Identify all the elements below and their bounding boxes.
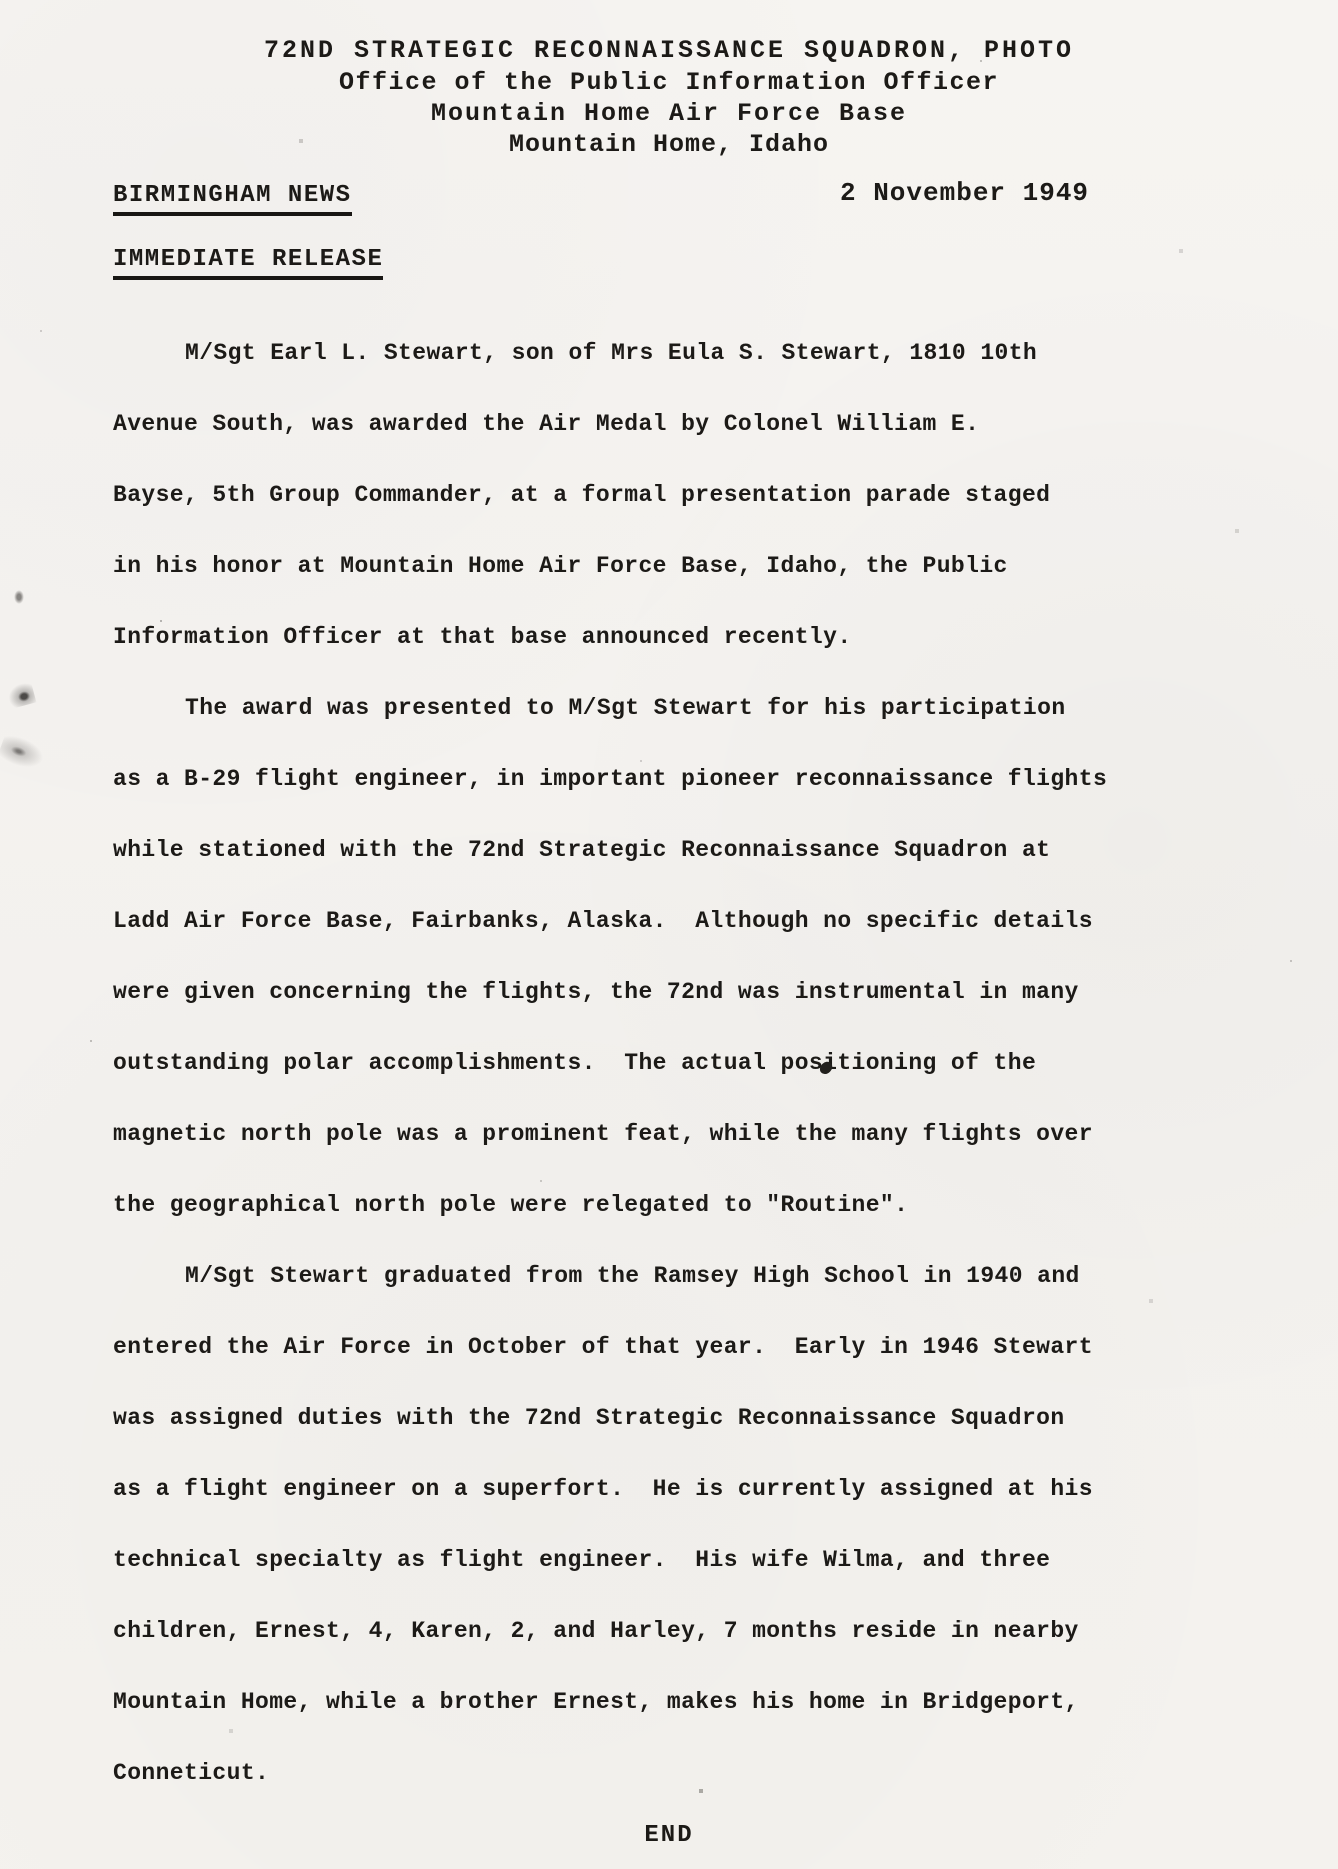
body-line: children, Ernest, 4, Karen, 2, and Harle… xyxy=(113,1596,1273,1667)
body-line: M/Sgt Stewart graduated from the Ramsey … xyxy=(113,1241,1273,1312)
body-line: M/Sgt Earl L. Stewart, son of Mrs Eula S… xyxy=(113,318,1273,389)
body-line: Ladd Air Force Base, Fairbanks, Alaska. … xyxy=(113,886,1273,957)
body-line: technical specialty as flight engineer. … xyxy=(113,1525,1273,1596)
body-line: in his honor at Mountain Home Air Force … xyxy=(113,531,1273,602)
body-line: while stationed with the 72nd Strategic … xyxy=(113,815,1273,886)
letterhead: 72ND STRATEGIC RECONNAISSANCE SQUADRON, … xyxy=(0,34,1338,160)
body-line: were given concerning the flights, the 7… xyxy=(113,957,1273,1028)
release-heading: IMMEDIATE RELEASE xyxy=(113,246,383,280)
body-line: the geographical north pole were relegat… xyxy=(113,1170,1273,1241)
scan-smudge xyxy=(0,731,50,775)
body-line: entered the Air Force in October of that… xyxy=(113,1312,1273,1383)
letterhead-location-line: Mountain Home, Idaho xyxy=(0,129,1338,160)
letterhead-base-line: Mountain Home Air Force Base xyxy=(0,98,1338,129)
dateline: 2 November 1949 xyxy=(840,178,1089,208)
body-line: Conneticut. xyxy=(113,1738,1273,1809)
body-line: as a flight engineer on a superfort. He … xyxy=(113,1454,1273,1525)
end-marker: END xyxy=(0,1822,1338,1849)
body-line: as a B-29 flight engineer, in important … xyxy=(113,744,1273,815)
press-release-page: 72ND STRATEGIC RECONNAISSANCE SQUADRON, … xyxy=(0,0,1338,1869)
body-line: magnetic north pole was a prominent feat… xyxy=(113,1099,1273,1170)
byline-birmingham-news: BIRMINGHAM NEWS xyxy=(113,182,352,216)
body-line: Information Officer at that base announc… xyxy=(113,602,1273,673)
body-line: Bayse, 5th Group Commander, at a formal … xyxy=(113,460,1273,531)
letterhead-office-line: Office of the Public Information Officer xyxy=(0,67,1338,98)
letterhead-squadron-line: 72ND STRATEGIC RECONNAISSANCE SQUADRON, … xyxy=(0,34,1338,67)
paper-speckles xyxy=(0,0,2,2)
scan-smudge xyxy=(14,590,24,604)
body-line: was assigned duties with the 72nd Strate… xyxy=(113,1383,1273,1454)
article-body: M/Sgt Earl L. Stewart, son of Mrs Eula S… xyxy=(113,318,1273,1809)
body-line: outstanding polar accomplishments. The a… xyxy=(113,1028,1273,1099)
body-line: Avenue South, was awarded the Air Medal … xyxy=(113,389,1273,460)
body-line: Mountain Home, while a brother Ernest, m… xyxy=(113,1667,1273,1738)
scan-smudge xyxy=(6,681,37,709)
body-line: The award was presented to M/Sgt Stewart… xyxy=(113,673,1273,744)
